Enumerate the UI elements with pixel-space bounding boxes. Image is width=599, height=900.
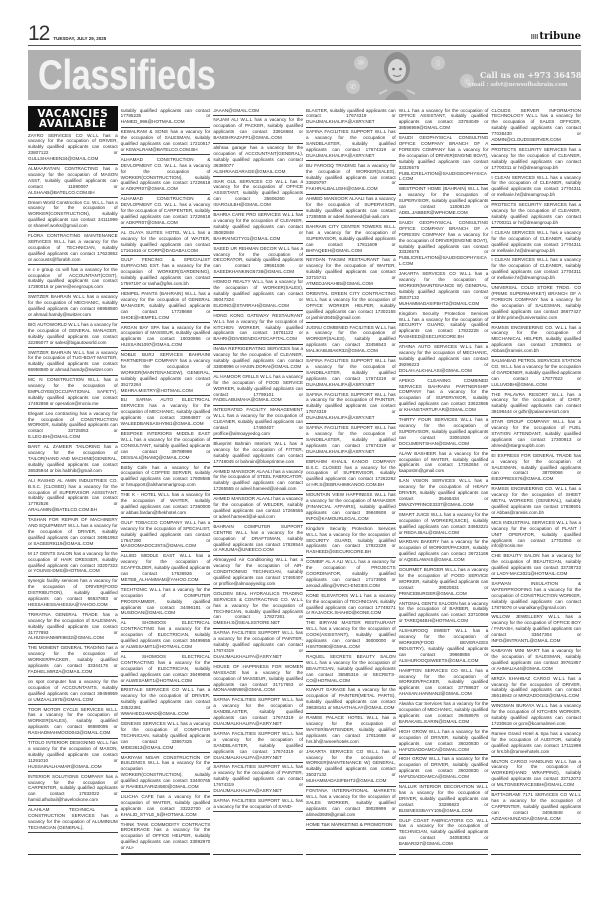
classified-ad: NALLUR INTERIOR DECORATION W.L.L has a v… bbox=[399, 783, 489, 817]
classified-ad: ALMAARATAIN CONTRACTING has a vacancy fo… bbox=[28, 165, 118, 199]
classified-ad: NOBLE BURJ SERVICES BAHRAINI PARTNERSHIP… bbox=[121, 351, 211, 396]
classified-ad: Blueprint Bahrain Interiors W.L.L has a … bbox=[213, 439, 303, 467]
ads-list: suitably qualified applicants can contac… bbox=[121, 106, 211, 854]
classified-ad: on spot computer has a vacancy for the o… bbox=[28, 677, 118, 705]
classified-ad: MCS INDUSTRIAL SERVICES W.L.L has a vaca… bbox=[491, 518, 581, 552]
ads-list: ZAYRO SERVICES CO W.L.L has a vacancy fo… bbox=[28, 131, 118, 833]
classified-ad: HOUSE OF HAPPINESS FOR WOMEN MASSAGE has… bbox=[213, 662, 303, 696]
classified-ad: SAFINA FACILITIES SUPPORT W.L.L has a va… bbox=[213, 629, 303, 663]
classified-ad: RAQUEL SECRETS BEAUTY SALON W.L.L has a … bbox=[306, 652, 396, 686]
classified-ad: APEKO CLEANING COMBINED SERVICES BAHRAIN… bbox=[399, 376, 489, 415]
classified-ad: SAFINA FACILITIES SUPPORT W.L.L has a va… bbox=[306, 128, 396, 162]
brand-name: tribune bbox=[539, 31, 581, 42]
classified-ad: RAMSIS ENGINEERING CO. W.L.L has a vacan… bbox=[491, 323, 581, 357]
classified-ad: BESPOKE INTERIORS MIDDLE EAST W.L.L has … bbox=[121, 430, 211, 464]
classified-ad: SALMABAD PETROL SERVICES STATION CO. W.L… bbox=[491, 357, 581, 391]
classified-ad: COMBIF AL A ALI W.L.L has a vacancy for … bbox=[306, 558, 396, 592]
classified-ad: INTEGRATED FACILITY MANAGEMENT W.L.L has… bbox=[213, 406, 303, 440]
classified-ad: THE BIRYANI MASTER RESTAURANT W.L.L has … bbox=[306, 619, 396, 653]
classified-ad: GULF TOBACCO COMPANY W.L.L has a vacancy… bbox=[121, 518, 211, 552]
classified-ad: TASHAN FOR REPAIR OF MACHINERY AND EQUIP… bbox=[28, 516, 118, 550]
classified-ad: GULF FENCING & SPECIALIST SURFACING EST.… bbox=[121, 256, 211, 290]
classified-ad: Kingdom Security Protection Services W.L… bbox=[399, 309, 489, 343]
classified-ad: CHE BEAUTY SALON has a vacancy for the o… bbox=[491, 552, 581, 580]
classified-ad: SWITZER BAHRAIN W.L.L has a vacancy for … bbox=[28, 348, 118, 376]
classified-ad: FONTANA INTERNATIONAL MARKETS W.L.L has … bbox=[306, 787, 396, 821]
classified-ad: alshraa garage has a vacancy for the occ… bbox=[213, 144, 303, 178]
classified-ad: ANTONAL GENTS SALOON has a vacancy for t… bbox=[399, 599, 489, 627]
classified-ad: BATTAGRAMI 7171 SERVICES CO W.L.L has a … bbox=[491, 791, 581, 825]
classified-ad: NAJAM ALI W.L.L has a vacancy for the oc… bbox=[213, 116, 303, 144]
classified-ad: KABAYAN MINI MART has a vacancy for the … bbox=[491, 647, 581, 675]
email-text: email : advt@newsofbahrain.com bbox=[468, 82, 568, 88]
classified-ad: HAMPTON SERVICES CO W.L.L has a vacancy … bbox=[399, 666, 489, 700]
classified-ad: BANT AL ZAMEER TAILORING has a vacancy f… bbox=[28, 443, 118, 477]
classified-ad: SAUDI GEOPHYSICAL CONSULTING OFFICE COMP… bbox=[399, 134, 489, 185]
classified-ad: MARIYAM NISAR CONSTRUCTION OF BUILDINGS … bbox=[121, 753, 211, 792]
mascot-illustration-icon bbox=[377, 50, 417, 100]
classified-ad: SAFINA FACILITIES SUPPORT W.L.L has a va… bbox=[213, 729, 303, 763]
classified-ad: INTERIOR SOLUTIONS COMPANY has a vacancy… bbox=[28, 772, 118, 806]
classified-ad: MARDAN BAKERY has a vacancy for the occu… bbox=[399, 538, 489, 566]
classified-ad: TITOLO INTERIOR DESIGNING W.L.L has a va… bbox=[28, 739, 118, 773]
classified-ad: GOLDEN SEAL HYDRAULICS TRADING SERVICES … bbox=[213, 589, 303, 628]
classified-ad: AHMED MANSOOR ALAALI has a vacancy for t… bbox=[213, 467, 303, 495]
classified-ad: KUWAIT GARAGE has a vacancy for the occu… bbox=[306, 686, 396, 714]
mobile-icon: ▯ bbox=[431, 56, 445, 70]
classified-ad: THE MOMENT GENERAL TRADING has a vacancy… bbox=[28, 644, 118, 678]
classified-ad: THIRTY FOUR SERVICES W.L.L has a vacancy… bbox=[399, 416, 489, 450]
classified-ad: JAAAN@GMAIL.COM bbox=[213, 106, 303, 116]
page-number: 12 bbox=[28, 25, 49, 43]
classified-ad: ARGAN BAY SPA has a vacancy for the occu… bbox=[121, 323, 211, 351]
column-5: W.L.L has a vacancy for the occupation o… bbox=[399, 106, 489, 855]
classified-ad: MC N CONSTRUCTION W.L.L has a vacancy fo… bbox=[28, 376, 118, 410]
classified-ad: AHMED MANSOOR ALAALI has a vacancy for t… bbox=[306, 195, 396, 223]
ads-list: JAAAN@GMAIL.COMNAJAM ALI W.L.L has a vac… bbox=[213, 106, 303, 812]
column-6: CLOUDS SERVER INFORMATION TECHNOLOGY W.L… bbox=[491, 106, 581, 855]
column-1: VACANCIES AVAILABLE ZAYRO SERVICES CO W.… bbox=[28, 106, 118, 855]
classified-ad: BLASTER, suitably qualified applicants c… bbox=[306, 106, 396, 128]
classified-ad: TRIRATNA GENERAL TRADE has a vacancy for… bbox=[28, 610, 118, 644]
page-header: 12 TUESDAY, JULY 29, 2025 tribune bbox=[28, 25, 581, 46]
classified-ad: HOME T&K MARKETING & PROMOTION bbox=[306, 820, 396, 830]
classified-ad: I CLEAN SERVICES W.L.L has a vacancy for… bbox=[491, 256, 581, 284]
classified-ad: JAKARTA SERVICES CO W.L.L has a vacancy … bbox=[399, 270, 489, 309]
classified-ad: BAHRAIN CITY CENTER TOWERS W.L.L has a v… bbox=[306, 222, 396, 256]
classified-ad: ALHAMAD CONSTRUCTION & DEVLOPMENT CO. W.… bbox=[121, 155, 211, 194]
classified-ad: HOMGO REALTY W.L.L has a vacancy for the… bbox=[213, 278, 303, 312]
vacancies-heading: VACANCIES AVAILABLE bbox=[28, 106, 118, 131]
classified-ad: Almoayyed Air Conditioning W.L.L has a v… bbox=[213, 556, 303, 590]
newspaper-page: 12 TUESDAY, JULY 29, 2025 tribune Classi… bbox=[28, 25, 581, 855]
classified-ad: MILTON CARGO HANDLING W.L.L has a vacanc… bbox=[491, 757, 581, 791]
classified-ad: Kingdom Security Protection Services W.L… bbox=[306, 524, 396, 558]
classified-ad: ALLIED MIDDLE EAST W.L.L has a vacancy f… bbox=[121, 552, 211, 586]
classified-ad: BAHRAIN COMPUTER SUPPORT CENTRE W.L.L ha… bbox=[213, 522, 303, 556]
classified-ad: I CLEAN SERVICES W.L.L has a vacancy for… bbox=[491, 173, 581, 201]
column-3: JAAAN@GMAIL.COMNAJAM ALI W.L.L has a vac… bbox=[213, 106, 303, 855]
column-2: suitably qualified applicants can contac… bbox=[121, 106, 211, 855]
vacancies-heading-line2: AVAILABLE bbox=[28, 119, 118, 129]
logo-mark-icon bbox=[531, 34, 538, 39]
classified-ad: ALHAMAD CONSTRUCTION & DEVLOPMENT CO. W.… bbox=[121, 195, 211, 229]
classified-ad: ILAN VISION SERVICES W.L.L has a vacancy… bbox=[399, 477, 489, 511]
classifieds-banner: Classifieds ✉ ✆ ▯ ◎ Call us on +973 3645… bbox=[28, 50, 581, 100]
classified-ad: ALI RASHID AL AMIN INDUSTRIES CO. B.S.C.… bbox=[28, 476, 118, 515]
classified-ad: SAUDI GEOPHYSICAL CONSULTING OFFICE COMP… bbox=[399, 218, 489, 269]
classified-ad: synergic facility services has a vacancy… bbox=[28, 577, 118, 611]
classified-ad: WILLOW JEWELLERY W.L.L has a vacancy for… bbox=[491, 613, 581, 647]
brand-logo: tribune bbox=[531, 31, 581, 42]
classified-ad: I CLEAN SERVICES W.L.L has a vacancy for… bbox=[491, 228, 581, 256]
classified-ad: AL OLAYA SUITES HOTEL W.L.L has a vacanc… bbox=[121, 228, 211, 256]
classified-ad: MIRZA SHAHBAZ CARGO W.L.L has a vacancy … bbox=[491, 674, 581, 702]
classified-ad: ZAYRO SERVICES CO W.L.L has a vacancy fo… bbox=[28, 131, 118, 165]
classified-ad: HIGH GROW W.L.L has a vacancy for the oc… bbox=[399, 727, 489, 755]
classified-ad: BU SARNA AUTO ELECTRICAL SERVICES has a … bbox=[121, 396, 211, 430]
classified-ad: CLOUDS SERVER INFORMATION TECHNOLOGY W.L… bbox=[491, 106, 581, 145]
classified-ad: ALSHUROOQ SWEET W.L.L has a vacancy for … bbox=[399, 627, 489, 666]
classified-ad: THE K - HOTEL W.L.L has a vacancy for th… bbox=[121, 491, 211, 519]
classified-ad: HIGH GROW W.L.L has a vacancy for the oc… bbox=[399, 755, 489, 783]
classified-ad: e c e group co will has a vacancy for th… bbox=[28, 265, 118, 293]
classified-ad: W.L.L has a vacancy for the occupation o… bbox=[399, 106, 489, 134]
classified-ad: HONG KONG GATEWAY RESTAURANT W.L.L has a… bbox=[213, 311, 303, 345]
classified-ad: JUGNU COMBINED FACILITIES W.L.L has a va… bbox=[306, 323, 396, 357]
classified-columns: VACANCIES AVAILABLE ZAYRO SERVICES CO W.… bbox=[28, 106, 581, 855]
phone-icon: ✆ bbox=[346, 80, 360, 94]
classified-ad: EBRAHIM KHALIL KANOO COMPANY B.S.C. CLOS… bbox=[306, 457, 396, 491]
classified-ad: EI EXPRESS FOR GENERAL TRADE has a vacan… bbox=[491, 451, 581, 485]
classified-ad: Elegant Leo contracting has a vacancy fo… bbox=[28, 409, 118, 443]
ads-list: BLASTER, suitably qualified applicants c… bbox=[306, 106, 396, 830]
classified-ad: KEWALRAM & SONS has a vacancy for the oc… bbox=[121, 128, 211, 156]
classified-ad: Alwaha Car Services has a vacancy for th… bbox=[399, 700, 489, 728]
classified-ad: WINGMAN BURAYA W.L.L has a vacancy for t… bbox=[491, 702, 581, 730]
classified-ad: SAFINA FACILITIES SUPPORT W.L.L has a va… bbox=[213, 796, 303, 812]
classified-ad: Botby Cafe has a vacancy for the occupat… bbox=[121, 463, 211, 491]
classified-ad: THINK TANK COMMODITY CONTRACTS BROKERAGE… bbox=[121, 820, 211, 854]
classified-ad: STAR GROUP COMPANY W.L.L has a vacancy f… bbox=[491, 418, 581, 452]
classified-ad: SWITZER BAHRAIN W.L.L has a vacancy for … bbox=[28, 293, 118, 321]
classified-ad: ATHINA AUTO SERVICES W.L.L has a vacancy… bbox=[399, 343, 489, 377]
classified-ad: KONE ELEVATORS W.L.L has a vacancy for t… bbox=[306, 591, 396, 619]
classified-ad: BU FAROOQ TRADING has a vacancy for the … bbox=[306, 161, 396, 195]
classified-ad: PROTECTS SECURITY SERVICES has a vacancy… bbox=[491, 145, 581, 173]
classified-ad: Dream World Construction Co. W.L.L. has … bbox=[28, 198, 118, 232]
classified-ad: GULF COAST FABRICATORS CO. W.L.L has a v… bbox=[399, 816, 489, 850]
classified-ad: SAFINA FACILITIES SUPPORT W.L.L has a va… bbox=[306, 424, 396, 458]
classified-ad: suitably qualified applicants can contac… bbox=[121, 106, 211, 128]
envelope-icon: ✉ bbox=[354, 56, 368, 70]
classified-ad: BAHRIA CARE PRO SERVICES W.L.L has a vac… bbox=[213, 211, 303, 245]
classified-ad: Ramee Grand Hotel & Spa has a vacancy fo… bbox=[491, 729, 581, 757]
column-4: BLASTER, suitably qualified applicants c… bbox=[306, 106, 396, 855]
classified-ad: SMART JUICE W.L.L has a vacancy for the … bbox=[399, 510, 489, 538]
classified-ad: NEYDAN TAKSIM RESTAURANT has a vacancy f… bbox=[306, 256, 396, 290]
classified-ad: M 17 GENTS SALON has a vacancy for the o… bbox=[28, 549, 118, 577]
page-date: TUESDAY, JULY 29, 2025 bbox=[53, 36, 106, 41]
ads-list: CLOUDS SERVER INFORMATION TECHNOLOGY W.L… bbox=[491, 106, 581, 824]
classified-ad: AL SHOMOOS ELECTRICAL CONTRACTING has a … bbox=[121, 619, 211, 653]
banner-title: Classifieds bbox=[38, 50, 215, 100]
classified-ad: INABA REFRIGERATING SERVICES has a vacan… bbox=[213, 345, 303, 373]
classified-ad: SAEED UR REHMAN DECOR W.L.L has a vacanc… bbox=[213, 244, 303, 278]
ads-list: W.L.L has a vacancy for the occupation o… bbox=[399, 106, 489, 850]
classified-ad: AL HAMOOR GRILLS W.L.L has a vacancy for… bbox=[213, 372, 303, 406]
classified-ad: AHMED MANSOOR ALAALI has a vacancy for t… bbox=[213, 495, 303, 523]
classified-ad: BIG AUTOWORLD W.L.L has a vacancy for th… bbox=[28, 320, 118, 348]
classified-ad: GENESIS SERVICES W.L.L has a vacancy for… bbox=[121, 719, 211, 753]
classified-ad: FLORA CONTRACTING MAINTENANCE SERVICES W… bbox=[28, 232, 118, 266]
classified-ad: SAFINA FACILITIES SUPPORT W.L.L has a va… bbox=[306, 357, 396, 391]
classified-ad: HEMPEL PAINTS (BAHRAIN) W.L.L has a vaca… bbox=[121, 289, 211, 323]
classified-ad: BRISTALE SERVICES CO W.L.L has a vacancy… bbox=[121, 686, 211, 720]
classified-ad: UNIVERSAL COLD STORE TRDG. CO (PRIME SUP… bbox=[491, 284, 581, 323]
classified-ad: RAMEE PALACE HOTEL W.L.L has a vacancy f… bbox=[306, 714, 396, 748]
classified-ad: ALAW BASHEER has a vacancy for the occup… bbox=[399, 449, 489, 477]
classified-ad: JAKARTA SERVICES CO W.L.L has a vacancy … bbox=[306, 747, 396, 786]
classified-ad: ORIENTAL GREEN CITY CONTRACTING W.L.L ha… bbox=[306, 289, 396, 323]
call-us-text: Call us on +973 36458394 bbox=[480, 70, 581, 80]
classified-ad: LILICHA CAFE has a vacancy for the occup… bbox=[121, 792, 211, 820]
classified-ad: TECHTONIC W.L.L has a vacancy for the oc… bbox=[121, 585, 211, 619]
classified-ad: SAFINA FACILITIES SUPPORT W.L.L has a va… bbox=[213, 696, 303, 730]
classified-ad: WESTPOINT HOME (BAHRAIN) W.L.L has a vac… bbox=[399, 185, 489, 219]
classified-ad: PROTECTS SECURITY SERVICES has a vacancy… bbox=[491, 201, 581, 229]
classified-ad: THE PALAVRA RESORT W.L.L has a vacancy f… bbox=[491, 390, 581, 418]
classified-ad: ISAR GUL SERVICES CO W.L.L has a vacancy… bbox=[213, 177, 303, 211]
classified-ad: RAMSIS ENGINEERING CO. W.L.L has a vacan… bbox=[491, 485, 581, 519]
classified-ad: SAFINA FACILITIES SUPPORT W.L.L has a va… bbox=[213, 763, 303, 797]
classified-ad: TOOR MOTOR CYCLE SERVICES W.L.L has a va… bbox=[28, 705, 118, 739]
classified-ad: GOURMET BURGER W.L.L has a vacancy for t… bbox=[399, 566, 489, 600]
classified-ad: ALAHLAM TECHNICAL & CONSTRUCTION SERVICE… bbox=[28, 806, 118, 834]
classified-ad: MOUNTAIN VIEW HAPPINESS W.L.L has a vaca… bbox=[306, 491, 396, 525]
classified-ad: SAFINA FACILITIES SUPPORT W.L.L has a va… bbox=[306, 390, 396, 424]
classified-ad: AL SHOMOOS ELECTRICAL CONTRACTING has a … bbox=[121, 652, 211, 686]
classified-ad: SAFWAN INSULATION & WATERPROOFING has a … bbox=[491, 579, 581, 613]
